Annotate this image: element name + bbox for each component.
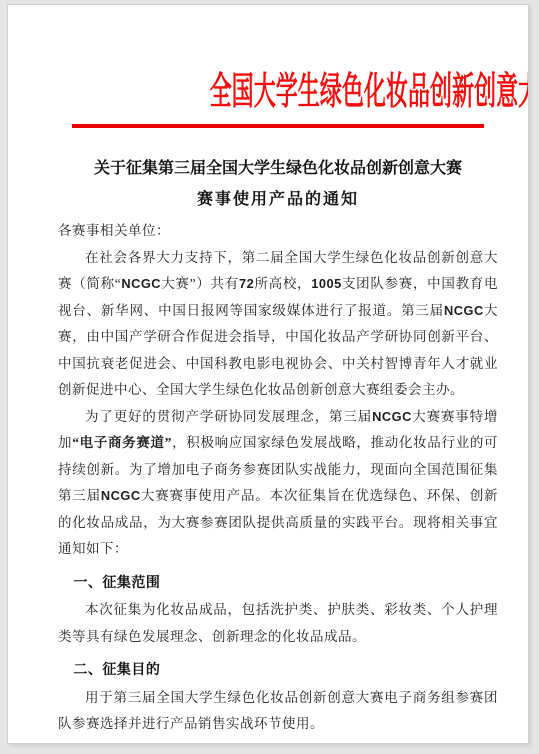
paragraph-2-run-after: ，积极响应国家绿色发展战略，推动化妆品行业的可持续创新。为了增加电子商务参赛团队… [58, 435, 498, 556]
subject-line-1: 关于征集第三届全国大学生绿色化妆品创新创意大赛 [58, 153, 498, 184]
paragraph-2: 为了更好的贯彻产学研协同发展理念，第三届NCGC大赛赛事特增加“电子商务赛道”，… [58, 404, 498, 563]
notice-page: 全国大学生绿色化妆品创新创意大赛组委会 关于征集第三届全国大学生绿色化妆品创新创… [7, 4, 529, 744]
salutation: 各赛事相关单位： [58, 218, 498, 245]
page-number: - 1 - [58, 741, 498, 745]
subject-line-2: 赛事使用产品的通知 [58, 184, 498, 215]
letterhead-divider [72, 124, 484, 128]
paragraph-2-bold-phrase: “电子商务赛道” [72, 435, 172, 450]
section-2-heading: 二、征集目的 [58, 658, 498, 685]
document-viewer-background: 全国大学生绿色化妆品创新创意大赛组委会 关于征集第三届全国大学生绿色化妆品创新创… [0, 0, 539, 754]
section-2-body: 用于第三届全国大学生绿色化妆品创新创意大赛电子商务组参赛团队参赛选择并进行产品销… [58, 685, 498, 738]
notice-subject: 关于征集第三届全国大学生绿色化妆品创新创意大赛 赛事使用产品的通知 [58, 153, 498, 215]
section-1-body: 本次征集为化妆品成品，包括洗护类、护肤类、彩妆类、个人护理类等具有绿色发展理念、… [58, 597, 498, 650]
organization-title: 全国大学生绿色化妆品创新创意大赛组委会 [210, 71, 529, 113]
page-content: 全国大学生绿色化妆品创新创意大赛组委会 关于征集第三届全国大学生绿色化妆品创新创… [8, 71, 528, 744]
letterhead: 全国大学生绿色化妆品创新创意大赛组委会 [58, 71, 498, 128]
section-1-heading: 一、征集范围 [58, 571, 498, 598]
paragraph-1: 在社会各界大力支持下，第二届全国大学生绿色化妆品创新创意大赛（简称“NCGC大赛… [58, 245, 498, 404]
